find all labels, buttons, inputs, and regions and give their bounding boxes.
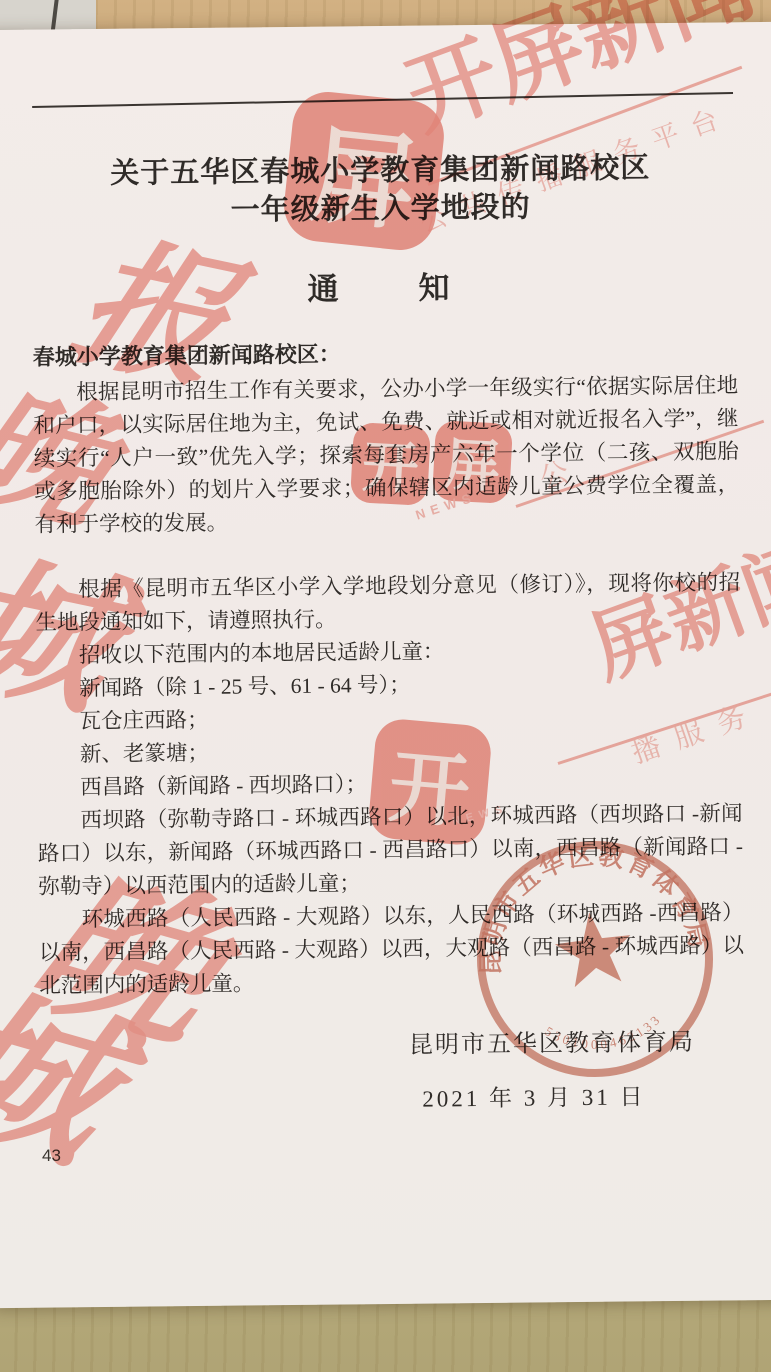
- recipient-line: 春城小学教育集团新闻路校区：: [33, 333, 738, 371]
- body-paragraph: 根据《昆明市五华区小学入学地段划分意见（修订）》，现将你校的招生地段通知如下，请…: [35, 566, 741, 639]
- body-paragraph: 根据昆明市招生工作有关要求，公办小学一年级实行“依据实际居住地和户口，以实际居住…: [33, 369, 740, 541]
- photo-scene: 关于五华区春城小学教育集团新闻路校区 一年级新生入学地段的 通 知 春城小学教育…: [0, 0, 771, 1372]
- body-paragraph: 西坝路（弥勒寺路口 - 环城西路口）以北，环城西路（西坝路口 -新闻路口）以东，…: [37, 797, 743, 903]
- header-rule: [32, 92, 733, 108]
- issue-date: 2021 年 3 月 31 日: [0, 1077, 771, 1118]
- page-number: 43: [42, 1146, 61, 1166]
- notice-body: 根据昆明市招生工作有关要求，公办小学一年级实行“依据实际居住地和户口，以实际居住…: [33, 369, 745, 1002]
- notice-document: 关于五华区春城小学教育集团新闻路校区 一年级新生入学地段的 通 知 春城小学教育…: [0, 22, 771, 1308]
- body-paragraph: 环城西路（人民西路 - 大观路）以东，人民西路（环城西路 -西昌路）以南，西昌路…: [38, 896, 744, 1002]
- notice-title-line1: 关于五华区春城小学教育集团新闻路校区: [0, 149, 771, 193]
- notice-title-line2: 一年级新生入学地段的: [0, 187, 771, 231]
- notice-heading: 通 知: [0, 259, 771, 312]
- issuing-authority: 昆明市五华区教育体育局: [0, 1021, 771, 1064]
- background-corner: [0, 0, 96, 30]
